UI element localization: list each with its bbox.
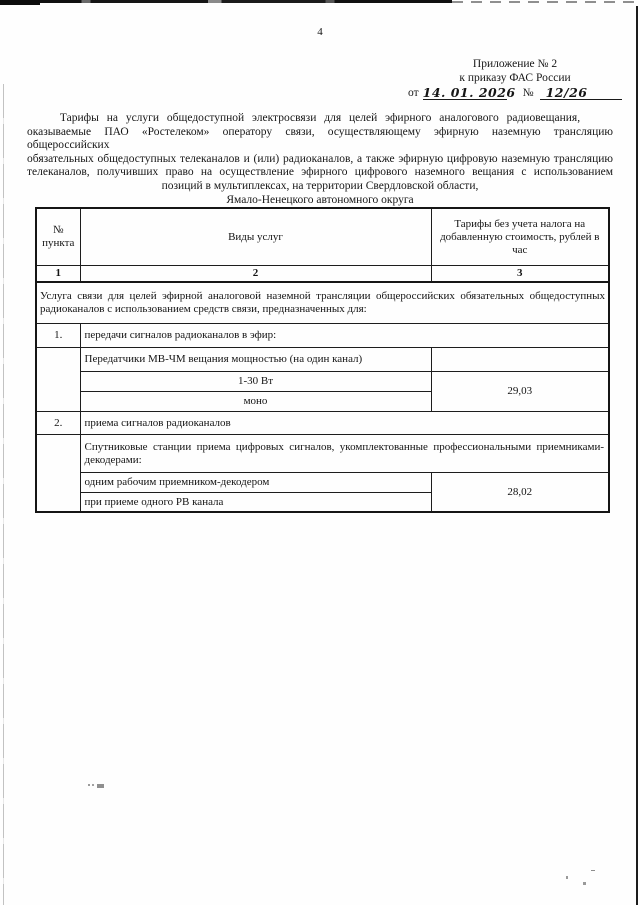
scan-artifact-left-edge [3, 84, 4, 905]
appendix-date-line: от 14. 01. 2026 № 12/26 [408, 86, 622, 100]
title-line: Ямало-Ненецкого автономного округа [27, 194, 613, 208]
tariff-value-cell: 29,03 [431, 372, 609, 412]
scanned-document-page: 4 Приложение № 2 к приказу ФАС России от… [0, 0, 640, 905]
scan-artifact-top-edge [0, 0, 452, 3]
empty-tariff-cell [431, 348, 609, 372]
appendix-title: Приложение № 2 [408, 58, 622, 72]
header-cell-item-number: № пункта [36, 208, 80, 266]
section-row: Услуга связи для целей эфирной аналогово… [36, 282, 609, 324]
tariff-table: № пункта Виды услуг Тарифы без учета нал… [35, 207, 610, 513]
service-cell: Спутниковые станции приема цифровых сигн… [80, 435, 609, 473]
item-number-cell: 2. [36, 412, 80, 435]
service-cell: Передатчики МВ-ЧМ вещания мощностью (на … [80, 348, 431, 372]
document-title: Тарифы на услуги общедоступной электросв… [27, 112, 613, 207]
date-prefix-label: от [408, 87, 419, 101]
scan-artifact-smudge [88, 784, 90, 786]
table-row: 1. передачи сигналов радиоканалов в эфир… [36, 324, 609, 348]
column-number-cell: 1 [36, 266, 80, 283]
table-row: 1-30 Вт 29,03 [36, 372, 609, 392]
empty-item-cell [36, 435, 80, 513]
scan-artifact-top-blob [0, 0, 40, 5]
scan-artifact-speck [566, 876, 568, 879]
title-line: телеканалов, получивших право на осущест… [27, 166, 613, 180]
service-cell: при приеме одного РВ канала [80, 493, 431, 513]
table-row: Спутниковые станции приема цифровых сигн… [36, 435, 609, 473]
scan-artifact-top-dashes [452, 1, 640, 3]
table-row: Передатчики МВ-ЧМ вещания мощностью (на … [36, 348, 609, 372]
scan-artifact-speck [583, 882, 586, 885]
service-cell: передачи сигналов радиоканалов в эфир: [80, 324, 609, 348]
appendix-block: Приложение № 2 к приказу ФАС России от 1… [408, 58, 622, 100]
column-number-row: 1 2 3 [36, 266, 609, 283]
handwritten-order-number: 12/26 [540, 86, 622, 100]
header-cell-service-types: Виды услуг [80, 208, 431, 266]
service-cell: 1-30 Вт [80, 372, 431, 392]
column-number-cell: 2 [80, 266, 431, 283]
section-row-text: Услуга связи для целей эфирной аналогово… [36, 282, 609, 324]
title-line: позиций в мультиплексах, на территории С… [27, 180, 613, 194]
table-row: 2. приема сигналов радиоканалов [36, 412, 609, 435]
title-line: оказываемые ПАО «Ростелеком» оператору с… [27, 126, 613, 153]
service-cell: одним рабочим приемником-декодером [80, 473, 431, 493]
service-cell: приема сигналов радиоканалов [80, 412, 609, 435]
header-cell-tariffs: Тарифы без учета налога на добавленную с… [431, 208, 609, 266]
scan-artifact-right-edge [636, 6, 638, 905]
title-line: Тарифы на услуги общедоступной электросв… [27, 112, 613, 126]
page-number: 4 [0, 26, 640, 38]
column-number-cell: 3 [431, 266, 609, 283]
table-header-row: № пункта Виды услуг Тарифы без учета нал… [36, 208, 609, 266]
empty-item-cell [36, 348, 80, 412]
service-cell: моно [80, 392, 431, 412]
number-sign-label: № [523, 87, 534, 101]
item-number-cell: 1. [36, 324, 80, 348]
title-line: обязательных общедоступных телеканалов и… [27, 153, 613, 167]
scan-artifact-speck [591, 870, 595, 871]
handwritten-date: 14. 01. 2026 [423, 86, 507, 100]
table-row: одним рабочим приемником-декодером 28,02 [36, 473, 609, 493]
appendix-subtitle: к приказу ФАС России [408, 72, 622, 86]
tariff-value-cell: 28,02 [431, 473, 609, 513]
